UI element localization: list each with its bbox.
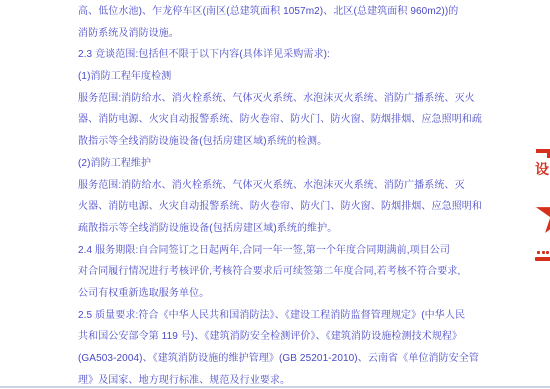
text-line: 对合同履行情况进行考核评价,考核符合要求后可续签第二年度合同,若考核不符合要求, <box>78 261 476 283</box>
seal-dot-mark <box>542 251 545 254</box>
document-text: 高、低位水池)、乍龙停车区(南区(总建筑面积 1057m2)、北区(总建筑面积 … <box>78 1 476 389</box>
text-line: 散指示等全线消防设施设备(包括房建区域)系统的检测。 <box>78 131 476 153</box>
star-icon <box>535 191 550 237</box>
text-line: (2)消防工程维护 <box>78 153 476 175</box>
text-line: 2.5 质量要求:符合《中华人民共和国消防法》、《建设工程消防监督管理规定》(中… <box>78 305 476 327</box>
text-line: (GA503-2004)、《建筑消防设施的维护管理》(GB 25201-2010… <box>78 348 476 370</box>
text-line: 火器、消防电源、火灾自动报警系统、防火卷帘、防火门、防火窗、防烟排烟、应急照明和 <box>78 196 476 218</box>
text-line: 公司有权重新选取服务单位。 <box>78 283 476 305</box>
text-line: 疏散指示等全线消防设施设备(包括房建区域)系统的维护。 <box>78 218 476 240</box>
seal-dash-mark <box>535 257 550 262</box>
document-page: 高、低位水池)、乍龙停车区(南区(总建筑面积 1057m2)、北区(总建筑面积 … <box>0 0 550 389</box>
text-line: 服务范围:消防给水、消火栓系统、气体灭火系统、水泡沫灭火系统、消防广播系统、灭 <box>78 175 476 197</box>
seal-dot-mark <box>546 251 549 254</box>
text-line: 共和国公安部令第 119 号)、《建筑消防安全检测评价》、《建筑消防设施检测技术… <box>78 326 476 348</box>
text-line: (1)消防工程年度检测 <box>78 66 476 88</box>
text-line: 消防系统及消防设施。 <box>78 23 476 45</box>
seal-bracket-mark <box>547 149 550 158</box>
text-line: 高、低位水池)、乍龙停车区(南区(总建筑面积 1057m2)、北区(总建筑面积 … <box>78 1 476 23</box>
text-line: 服务范围:消防给水、消火栓系统、气体灭火系统、水泡沫灭火系统、消防广播系统、灭火 <box>78 88 476 110</box>
text-line: 2.4 服务期限:自合同签订之日起两年,合同一年一签,第一个年度合同期满前,项目… <box>78 240 476 262</box>
text-line: 2.3 竞谈范围:包括但不限于以下内容(具体详见采购需求): <box>78 44 476 66</box>
bottom-divider <box>0 386 550 388</box>
seal-text-fragment: 设计 <box>535 159 550 179</box>
seal-dot-mark <box>537 251 540 254</box>
text-line: 器、消防电源、火灾自动报警系统、防火卷帘、防火门、防火窗、防烟排烟、应急照明和疏 <box>78 109 476 131</box>
